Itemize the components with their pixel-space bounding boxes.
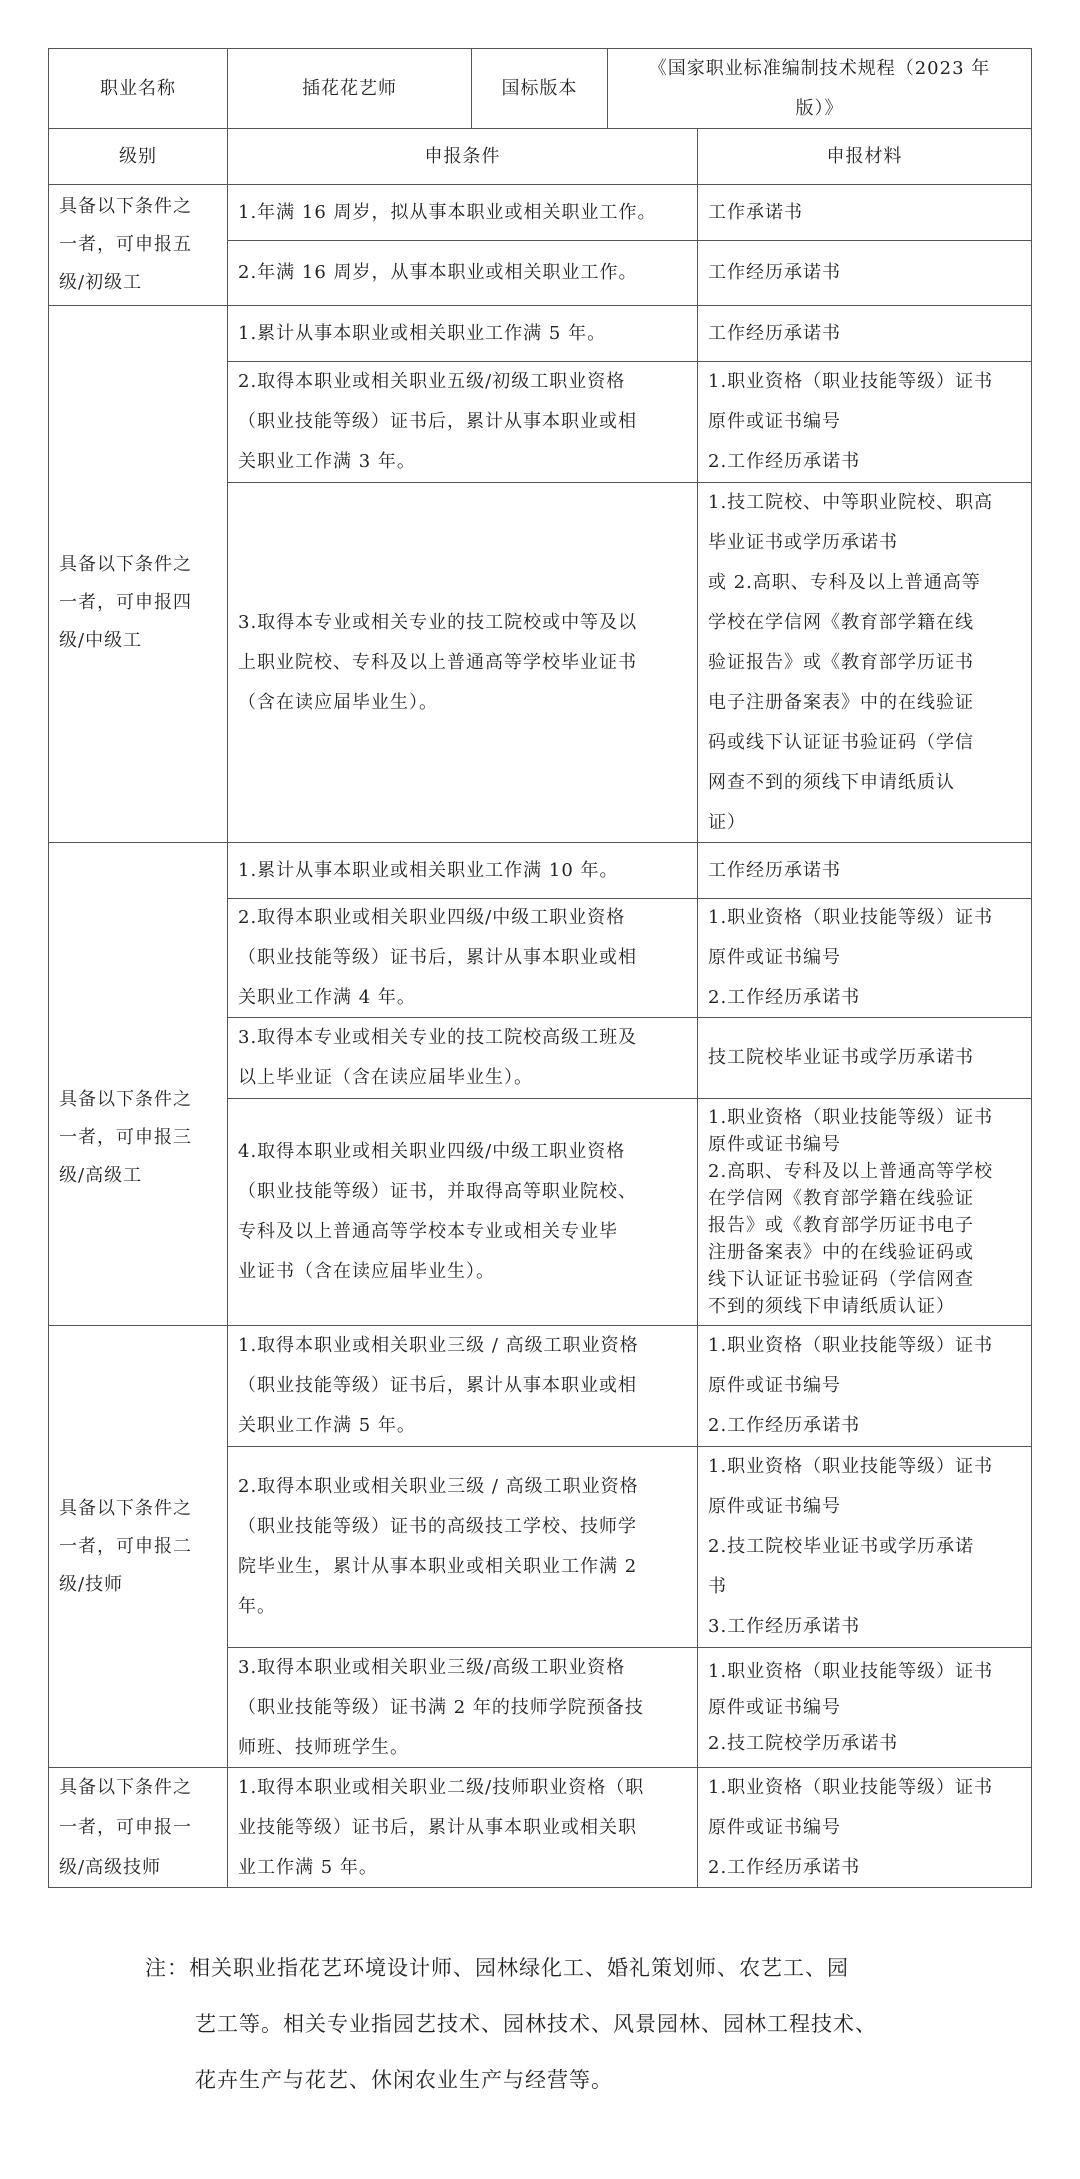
standard-value-cell: 《国家职业标准编制技术规程（2023 年 版）》 [607, 48, 1032, 129]
level-2-label: 具备以下条件之 一者，可申报二 级/技师 [48, 1325, 228, 1768]
occupation-name: 插花花艺师 [302, 69, 397, 109]
occupation-label: 职业名称 [100, 69, 176, 109]
footnote: 注：相关职业指花艺环境设计师、园林绿化工、婚礼策划师、农艺工、园 艺工等。相关专… [145, 1940, 965, 2108]
level-3-material-2: 1.职业资格（职业技能等级）证书 原件或证书编号 2.工作经历承诺书 [697, 898, 1032, 1018]
standard-value-line2: 版）》 [796, 89, 844, 129]
level-3-condition-3: 3.取得本专业或相关专业的技工院校高级工班及 以上毕业证（含在读应届毕业生）。 [227, 1017, 698, 1099]
level-3-condition-4: 4.取得本职业或相关职业四级/中级工职业资格 （职业技能等级）证书，并取得高等职… [227, 1098, 698, 1326]
level-2-condition-2: 2.取得本职业或相关职业三级 / 高级工职业资格 （职业技能等级）证书的高级技工… [227, 1446, 698, 1648]
level-4-label: 具备以下条件之 一者，可申报四 级/中级工 [48, 305, 228, 843]
occupation-label-cell: 职业名称 [48, 48, 228, 129]
level-1-condition-1: 1.取得本职业或相关职业二级/技师职业资格（职 业技能等级）证书后，累计从事本职… [227, 1767, 698, 1888]
level-3-material-4: 1.职业资格（职业技能等级）证书 原件或证书编号 2.高职、专科及以上普通高等学… [697, 1098, 1032, 1326]
standard-label: 国标版本 [502, 69, 578, 109]
column-header-conditions: 申报条件 [227, 128, 698, 185]
level-5-material-2: 工作经历承诺书 [697, 240, 1032, 306]
level-4-material-2: 1.职业资格（职业技能等级）证书 原件或证书编号 2.工作经历承诺书 [697, 361, 1032, 483]
level-5-label: 具备以下条件之 一者，可申报五 级/初级工 [48, 184, 228, 306]
level-5-condition-1: 1.年满 16 周岁，拟从事本职业或相关职业工作。 [227, 184, 698, 241]
column-header-materials: 申报材料 [697, 128, 1032, 185]
level-4-condition-3: 3.取得本专业或相关专业的技工院校或中等及以 上职业院校、专科及以上普通高等学校… [227, 482, 698, 843]
level-3-condition-2: 2.取得本职业或相关职业四级/中级工职业资格 （职业技能等级）证书后，累计从事本… [227, 898, 698, 1018]
standard-label-cell: 国标版本 [471, 48, 608, 129]
standard-value-line1: 《国家职业标准编制技术规程（2023 年 [649, 49, 991, 89]
level-2-material-1: 1.职业资格（职业技能等级）证书 原件或证书编号 2.工作经历承诺书 [697, 1325, 1032, 1447]
footnote-line-3: 花卉生产与花艺、休闲农业生产与经营等。 [145, 2052, 965, 2108]
level-4-material-3: 1.技工院校、中等职业院校、职高 毕业证书或学历承诺书 或 2.高职、专科及以上… [697, 482, 1032, 843]
footnote-line-1: 注：相关职业指花艺环境设计师、园林绿化工、婚礼策划师、农艺工、园 [145, 1940, 965, 1996]
level-2-material-2: 1.职业资格（职业技能等级）证书 原件或证书编号 2.技工院校毕业证书或学历承诺… [697, 1446, 1032, 1648]
occupation-name-cell: 插花花艺师 [227, 48, 472, 129]
column-header-level: 级别 [48, 128, 228, 185]
level-4-condition-2: 2.取得本职业或相关职业五级/初级工职业资格 （职业技能等级）证书后，累计从事本… [227, 361, 698, 483]
level-2-condition-3: 3.取得本职业或相关职业三级/高级工职业资格 （职业技能等级）证书满 2 年的技… [227, 1647, 698, 1768]
qualification-table: 职业名称 插花花艺师 国标版本 《国家职业标准编制技术规程（2023 年 版）》… [48, 48, 1032, 1888]
footnote-line-2: 艺工等。相关专业指园艺技术、园林技术、风景园林、园林工程技术、 [145, 1996, 965, 2052]
level-5-condition-2: 2.年满 16 周岁，从事本职业或相关职业工作。 [227, 240, 698, 306]
level-3-label: 具备以下条件之 一者，可申报三 级/高级工 [48, 842, 228, 1326]
level-4-material-1: 工作经历承诺书 [697, 305, 1032, 362]
level-5-material-1: 工作承诺书 [697, 184, 1032, 241]
level-2-material-3: 1.职业资格（职业技能等级）证书 原件或证书编号 2.技工院校学历承诺书 [697, 1647, 1032, 1768]
level-3-material-1: 工作经历承诺书 [697, 842, 1032, 899]
level-3-material-3: 技工院校毕业证书或学历承诺书 [697, 1017, 1032, 1099]
level-4-condition-1: 1.累计从事本职业或相关职业工作满 5 年。 [227, 305, 698, 362]
level-3-condition-1: 1.累计从事本职业或相关职业工作满 10 年。 [227, 842, 698, 899]
level-2-condition-1: 1.取得本职业或相关职业三级 / 高级工职业资格 （职业技能等级）证书后，累计从… [227, 1325, 698, 1447]
level-1-material-1: 1.职业资格（职业技能等级）证书 原件或证书编号 2.工作经历承诺书 [697, 1767, 1032, 1888]
level-1-label: 具备以下条件之 一者，可申报一 级/高级技师 [48, 1767, 228, 1888]
